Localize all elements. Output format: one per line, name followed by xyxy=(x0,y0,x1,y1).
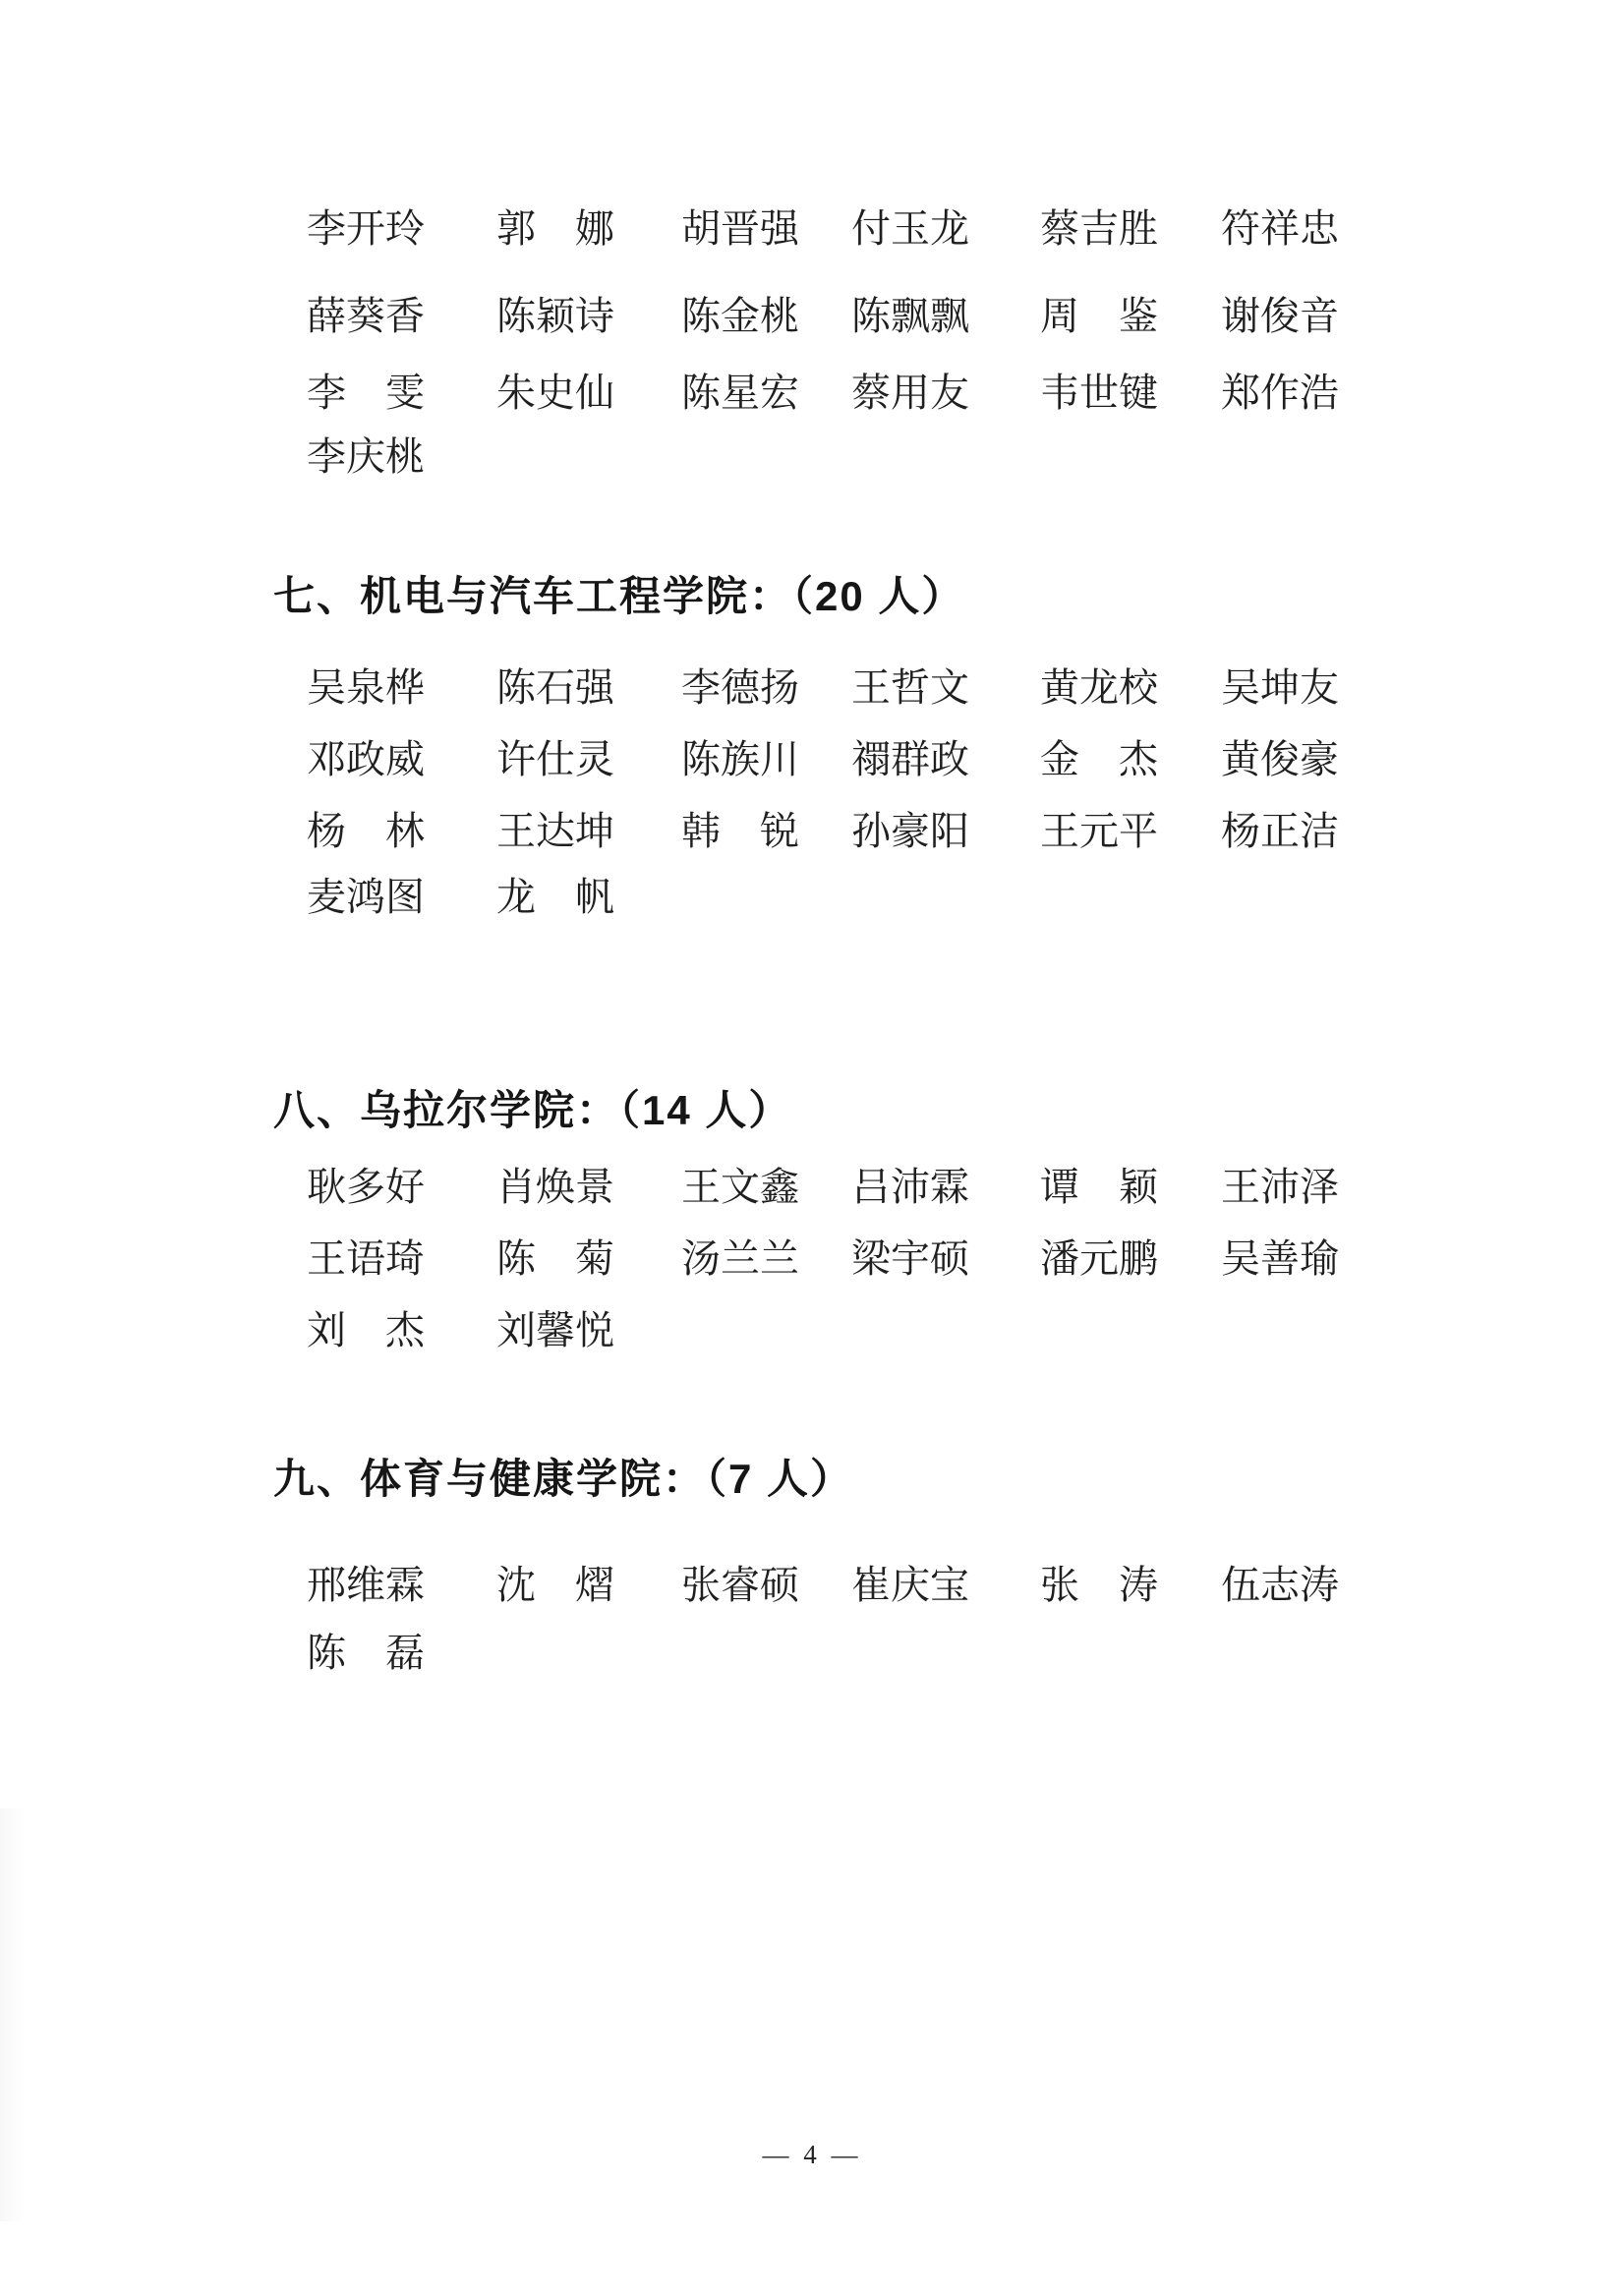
person-name: 邢维霖 xyxy=(307,1566,425,1605)
person-name: 许仕灵 xyxy=(496,740,614,779)
person-name: 孙豪阳 xyxy=(851,812,969,851)
person-name: 崔庆宝 xyxy=(851,1566,969,1605)
person-name: 吴坤友 xyxy=(1221,668,1339,708)
section-heading: 七、机电与汽车工程学院：（20 人） xyxy=(273,576,964,617)
person-name: 韩 锐 xyxy=(681,812,799,851)
person-name: 吕沛霖 xyxy=(851,1168,969,1207)
person-name: 汤兰兰 xyxy=(681,1239,799,1279)
person-name: 陈 菊 xyxy=(496,1239,614,1279)
person-name: 王哲文 xyxy=(851,668,969,708)
person-name: 金 杰 xyxy=(1040,740,1158,779)
person-name: 王文鑫 xyxy=(681,1168,799,1207)
person-name: 谢俊音 xyxy=(1221,297,1339,336)
person-name: 梁宇硕 xyxy=(851,1239,969,1279)
person-name: 张睿硕 xyxy=(681,1566,799,1605)
person-name: 李庆桃 xyxy=(307,437,425,477)
person-name: 王达坤 xyxy=(496,812,614,851)
page-number: — 4 — xyxy=(0,2140,1624,2170)
person-name: 陈飘飘 xyxy=(851,297,969,336)
person-name: 杨 林 xyxy=(307,812,425,851)
person-name: 潘元鹏 xyxy=(1040,1239,1158,1279)
person-name: 胡晋强 xyxy=(681,209,799,249)
person-name: 王沛泽 xyxy=(1221,1168,1339,1207)
person-name: 符祥忠 xyxy=(1221,209,1339,249)
section-heading: 八、乌拉尔学院：（14 人） xyxy=(273,1090,791,1131)
person-name: 麦鸿图 xyxy=(307,878,425,917)
person-name: 李德扬 xyxy=(681,668,799,708)
person-name: 吴泉桦 xyxy=(307,668,425,708)
person-name: 龙 帆 xyxy=(496,878,614,917)
person-name: 陈颖诗 xyxy=(496,297,614,336)
person-name: 陈石强 xyxy=(496,668,614,708)
person-name: 黄龙校 xyxy=(1040,668,1158,708)
person-name: 伍志涛 xyxy=(1221,1566,1339,1605)
document-page: 李开玲郭 娜胡晋强付玉龙蔡吉胜符祥忠薛葵香陈颖诗陈金桃陈飘飘周 鉴谢俊音李 雯朱… xyxy=(0,0,1624,2296)
person-name: 朱史仙 xyxy=(496,373,614,413)
person-name: 邓政威 xyxy=(307,740,425,779)
person-name: 刘馨悦 xyxy=(496,1311,614,1350)
person-name: 肖焕景 xyxy=(496,1168,614,1207)
person-name: 薛葵香 xyxy=(307,297,425,336)
person-name: 谭 颖 xyxy=(1040,1168,1158,1207)
person-name: 陈星宏 xyxy=(681,373,799,413)
person-name: 张 涛 xyxy=(1040,1566,1158,1605)
person-name: 王语琦 xyxy=(307,1239,425,1279)
person-name: 蔡用友 xyxy=(851,373,969,413)
person-name: 郭 娜 xyxy=(496,209,614,249)
person-name: 禤群政 xyxy=(851,740,969,779)
person-name: 王元平 xyxy=(1040,812,1158,851)
person-name: 李开玲 xyxy=(307,209,425,249)
person-name: 付玉龙 xyxy=(851,209,969,249)
person-name: 杨正洁 xyxy=(1221,812,1339,851)
person-name: 郑作浩 xyxy=(1221,373,1339,413)
person-name: 吴善瑜 xyxy=(1221,1239,1339,1279)
person-name: 陈金桃 xyxy=(681,297,799,336)
person-name: 李 雯 xyxy=(307,373,425,413)
person-name: 蔡吉胜 xyxy=(1040,209,1158,249)
section-heading: 九、体育与健康学院：（7 人） xyxy=(273,1459,853,1500)
person-name: 周 鉴 xyxy=(1040,297,1158,336)
person-name: 黄俊豪 xyxy=(1221,740,1339,779)
person-name: 刘 杰 xyxy=(307,1311,425,1350)
person-name: 沈 熠 xyxy=(496,1566,614,1605)
person-name: 陈 磊 xyxy=(307,1634,425,1673)
person-name: 陈族川 xyxy=(681,740,799,779)
person-name: 耿多好 xyxy=(307,1168,425,1207)
person-name: 韦世键 xyxy=(1040,373,1158,413)
